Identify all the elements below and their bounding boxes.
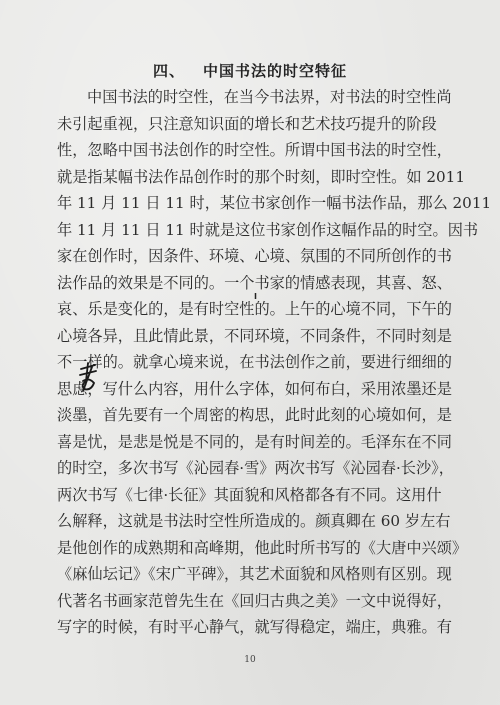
scanned-page: 四、中国书法的时空特征 中国书法的时空性，在当今书法界，对书法的时空性尚 未引起… bbox=[0, 0, 500, 705]
text-line: 两次书写《七律·长征》其面貌和风格都各有不同。这用什 bbox=[57, 482, 421, 509]
text-line: 喜是忧，是悲是悦是不同的，是有时间差的。毛泽东在不同 bbox=[57, 429, 421, 456]
text-line: 就是指某幅书法作品创作时的那个时刻，即时空性。如 2011 bbox=[57, 164, 421, 191]
text-line: 是他创作的成熟期和高峰期，他此时所书写的《大唐中兴颂》 bbox=[57, 535, 421, 562]
section-heading: 四、中国书法的时空特征 bbox=[0, 60, 500, 81]
text-line: 性，忽略中国书法创作的时空性。所谓中国书法的时空性， bbox=[57, 137, 421, 164]
text-line: 心境各异，且此情此景，不同环境，不同条件，不同时刻是 bbox=[57, 323, 421, 350]
section-number: 四、 bbox=[153, 62, 185, 80]
text-line: 思虑，写什么内容，用什么字体，如何布白，采用浓墨还是 bbox=[57, 376, 421, 403]
text-line: 中国书法的时空性，在当今书法界，对书法的时空性尚 bbox=[57, 84, 421, 111]
text-line: 《麻仙坛记》《宋广平碑》，其艺术面貌和风格则有区别。现 bbox=[57, 561, 421, 588]
body-paragraph: 中国书法的时空性，在当今书法界，对书法的时空性尚 未引起重视，只注意知识面的增长… bbox=[57, 84, 421, 641]
ink-tick-icon bbox=[254, 293, 257, 299]
page-number: 10 bbox=[0, 655, 500, 665]
text-line: 哀、乐是变化的，是有时空性的。上午的心境不同，下午的 bbox=[57, 296, 421, 323]
text-line: 淡墨，首先要有一个周密的构思，此时此刻的心境如何，是 bbox=[57, 402, 421, 429]
text-line: 家在创作时，因条件、环境、心境、氛围的不同所创作的书 bbox=[57, 243, 421, 270]
text-line: 年 11 月 11 日 11 时，某位书家创作一幅书法作品，那么 2011 bbox=[57, 190, 421, 217]
text-line: 未引起重视，只注意知识面的增长和艺术技巧提升的阶段 bbox=[57, 111, 421, 138]
text-line: 不一样的。就拿心境来说，在书法创作之前，要进行细细的 bbox=[57, 349, 421, 376]
text-line: 写字的时候，有时平心静气，就写得稳定，端庄，典雅。有 bbox=[57, 614, 421, 641]
text-line: 么解释，这就是书法时空性所造成的。颜真卿在 60 岁左右 bbox=[57, 508, 421, 535]
handwritten-mark-icon bbox=[77, 361, 99, 395]
text-line: 年 11 月 11 日 11 时就是这位书家创作这幅作品的时空。因书 bbox=[57, 217, 421, 244]
text-line: 法作品的效果是不同的。一个书家的情感表现，其喜、怒、 bbox=[57, 270, 421, 297]
text-line: 代著名书画家范曾先生在《回归古典之美》一文中说得好， bbox=[57, 588, 421, 615]
text-line: 的时空，多次书写《沁园春·雪》两次书写《沁园春·长沙》， bbox=[57, 455, 421, 482]
section-title: 中国书法的时空特征 bbox=[203, 62, 347, 80]
